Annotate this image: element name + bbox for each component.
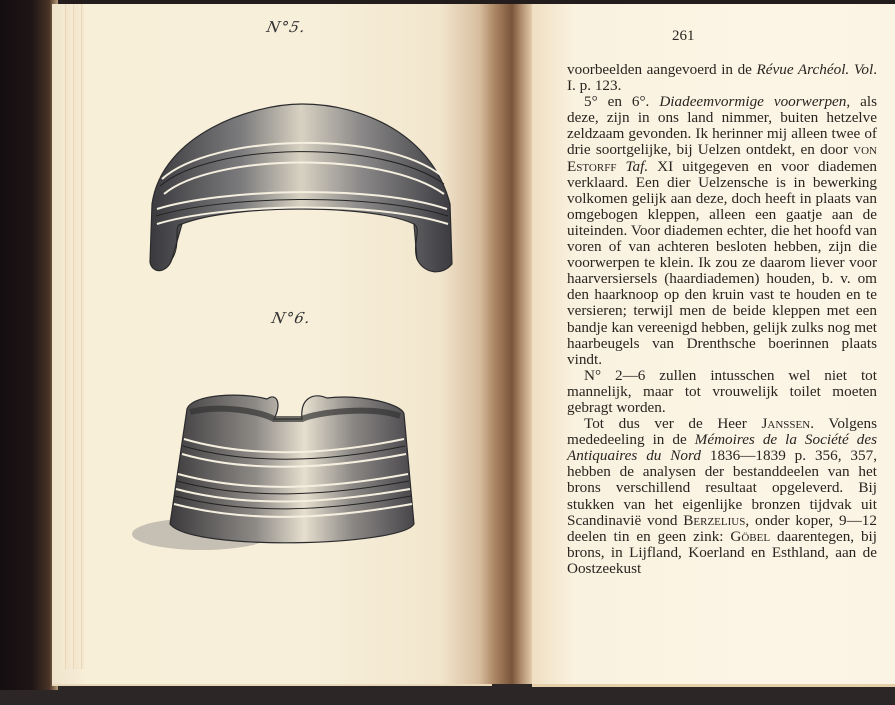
text-segment: Vol [854, 61, 873, 78]
paragraph: N° 2—6 zullen intusschen wel niet tot ma… [567, 368, 877, 416]
text-segment: XI uitgegeven en voor diademen verklaard… [567, 158, 877, 368]
text-segment: N° 2—6 zullen intusschen wel niet tot ma… [567, 367, 877, 416]
body-text: voorbeelden aangevoerd in de Révue Arché… [567, 62, 877, 577]
plate-label-5: N°5. [265, 18, 308, 36]
text-segment: Göbel [730, 528, 770, 545]
text-segment: 5° en 6°. [584, 93, 659, 110]
bracelet-illustration-6 [132, 384, 432, 554]
text-segment: voorbeelden aangevoerd in de [567, 61, 757, 78]
paragraph: voorbeelden aangevoerd in de Révue Arché… [567, 62, 877, 94]
text-segment: Révue Archéol. [757, 61, 850, 78]
text-segment: Diadeemvormige voorwerpen [659, 93, 846, 110]
diadem-illustration-5 [132, 84, 462, 284]
text-segment: Janssen [761, 415, 810, 432]
open-book: N°5. N°6. [52, 4, 895, 684]
page-number: 261 [672, 28, 695, 45]
plate-label-6: N°6. [270, 309, 313, 327]
paragraph: 5° en 6°. Diadeemvormige voorwerpen, als… [567, 94, 877, 368]
right-page: 261 voorbeelden aangevoerd in de Révue A… [532, 4, 895, 687]
text-segment: Berzelius [683, 512, 745, 529]
book-gutter [492, 4, 532, 684]
paragraph: Tot dus ver de Heer Janssen. Volgens med… [567, 416, 877, 577]
page-edges [62, 4, 84, 669]
text-segment: Tot dus ver de Heer [584, 415, 761, 432]
book-cover-edge [0, 0, 58, 690]
text-segment: Taf. [625, 158, 648, 175]
left-page: N°5. N°6. [52, 4, 492, 686]
